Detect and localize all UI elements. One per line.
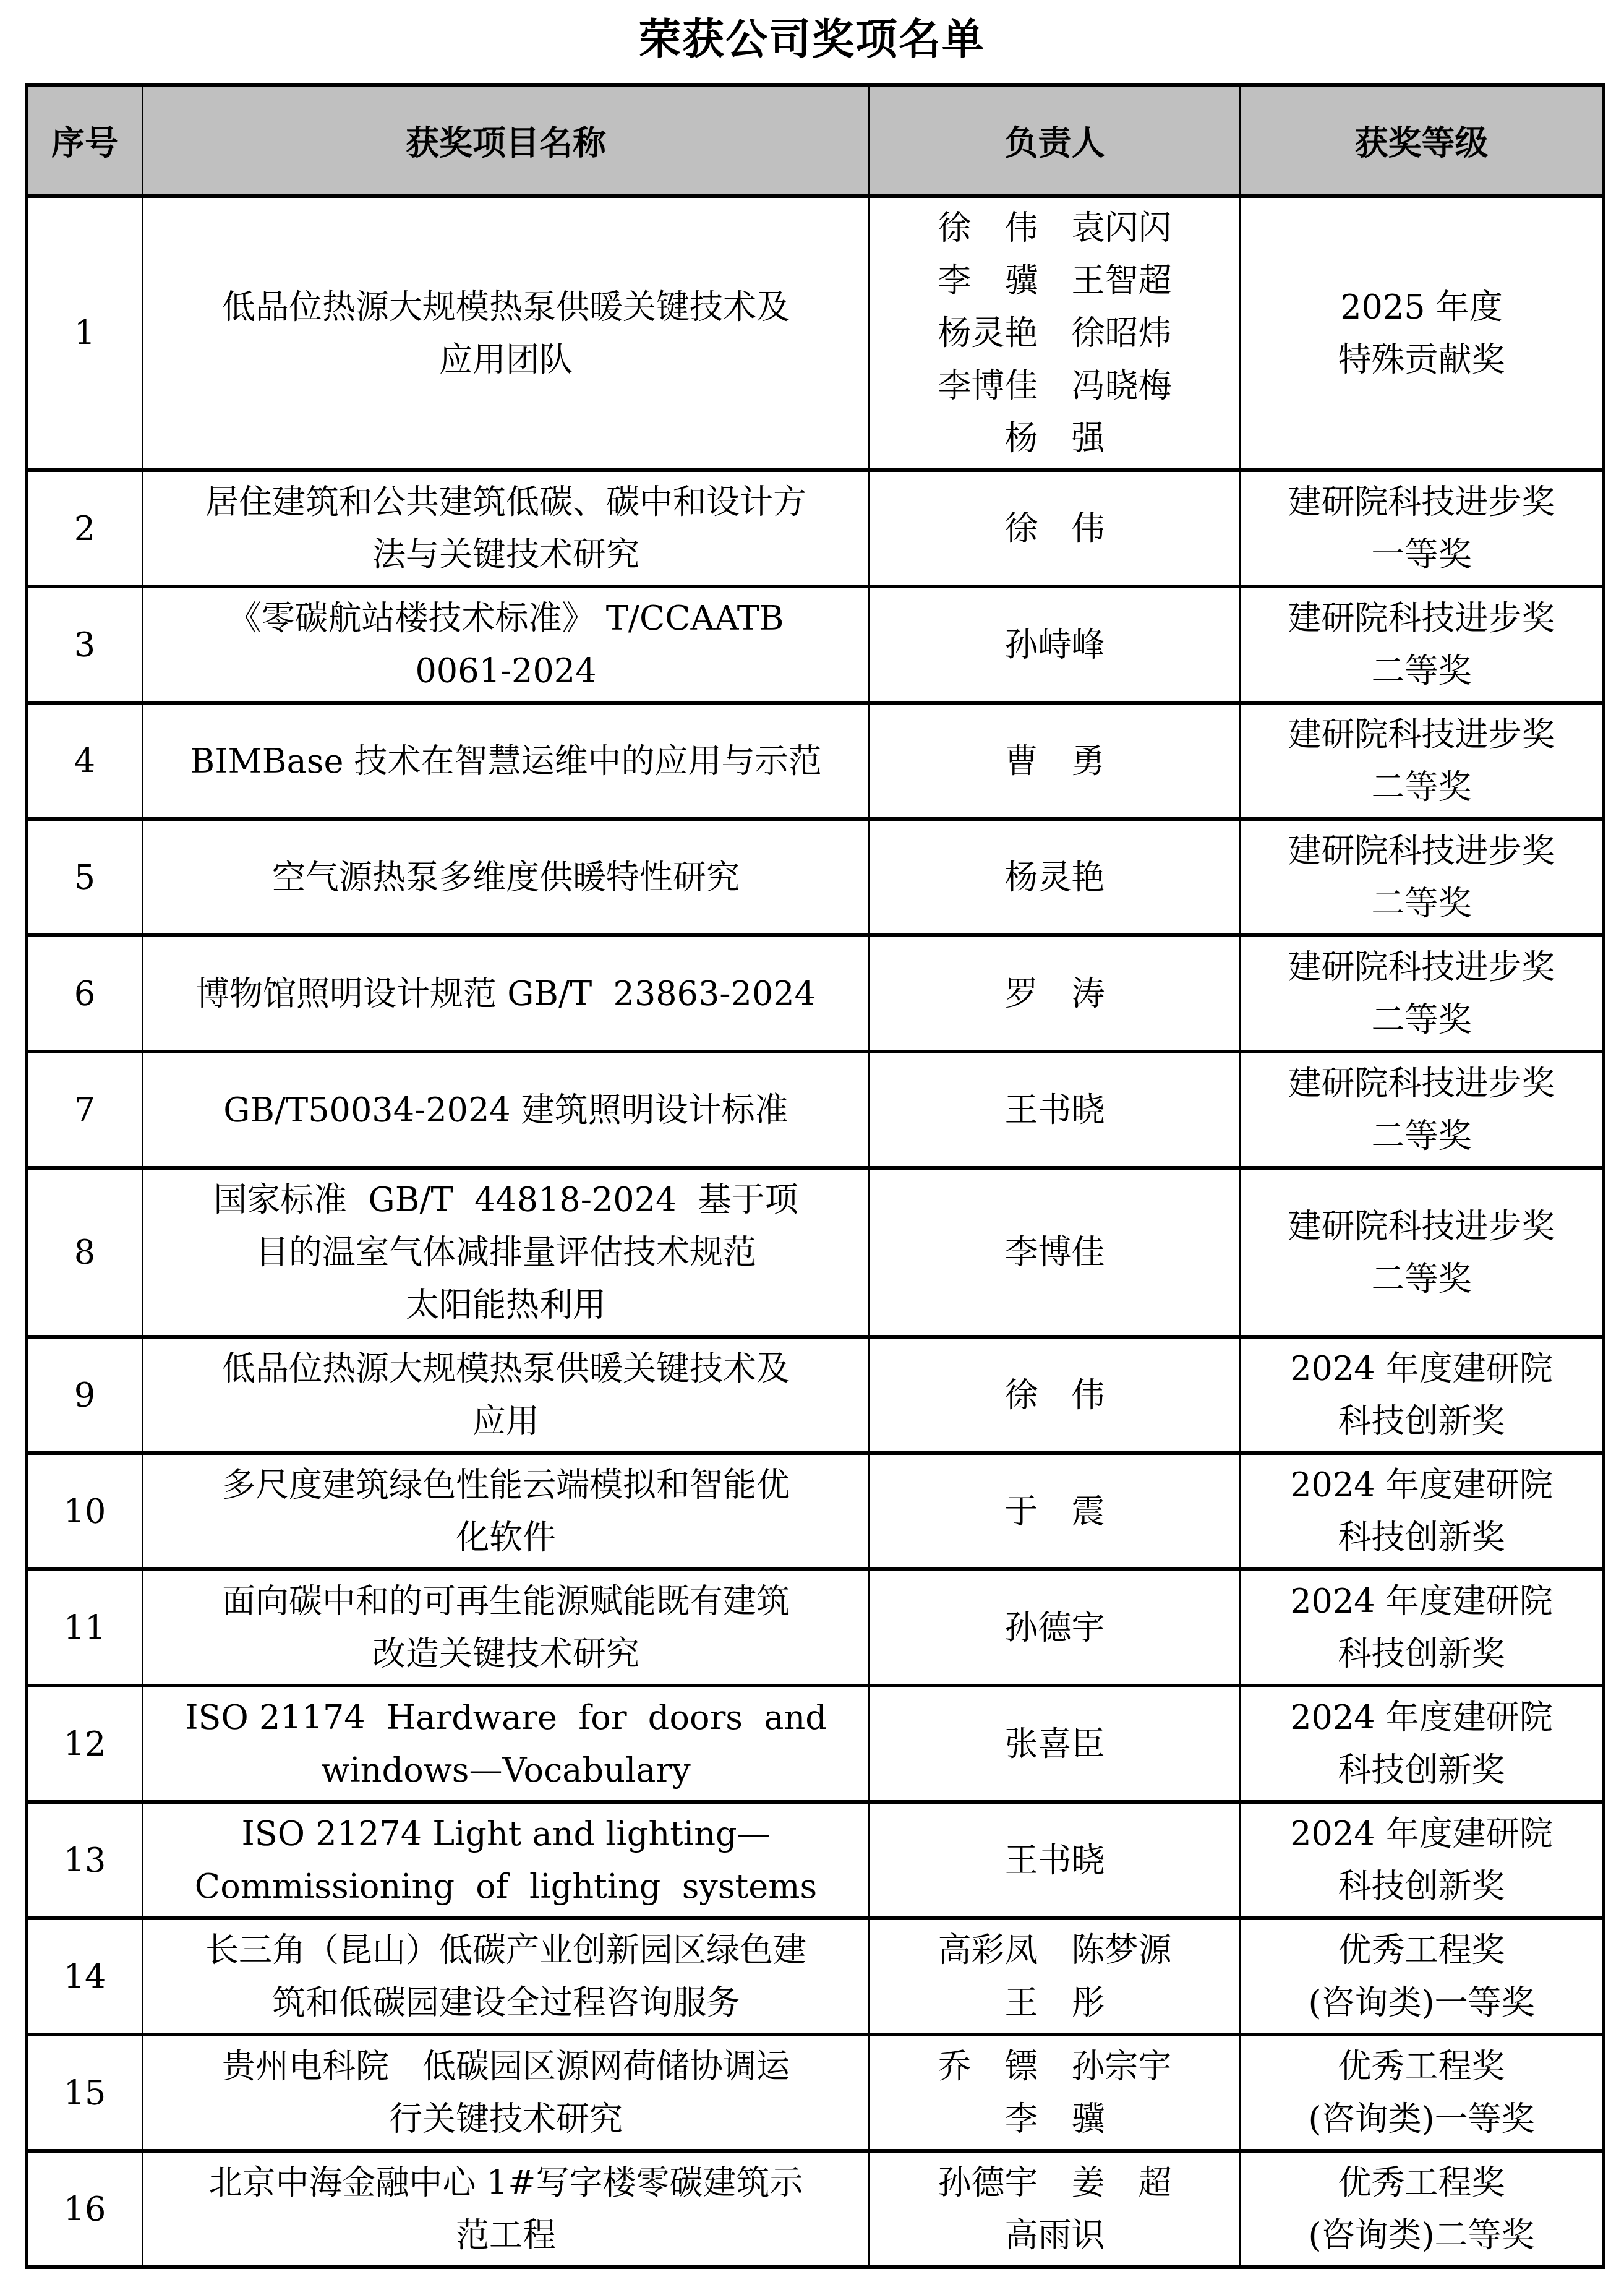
text-line: 高雨识 [876, 2209, 1233, 2262]
table-row: 2居住建筑和公共建筑低碳、碳中和设计方法与关键技术研究徐 伟建研院科技进步奖一等… [27, 470, 1604, 586]
project-name-cell: 面向碳中和的可再生能源赋能既有建筑改造关键技术研究 [143, 1569, 870, 1686]
text-line: 14 [34, 1950, 135, 2003]
text-line: 2024 年度建研院 [1247, 1342, 1596, 1395]
text-line: 建研院科技进步奖 [1247, 476, 1596, 528]
award-grade-cell: 建研院科技进步奖二等奖 [1241, 1168, 1604, 1337]
text-line: 二等奖 [1247, 761, 1596, 813]
award-grade-cell: 优秀工程奖(咨询类)二等奖 [1241, 2151, 1604, 2267]
text-line: GB/T50034-2024 建筑照明设计标准 [150, 1084, 862, 1136]
award-grade-cell: 2024 年度建研院科技创新奖 [1241, 1337, 1604, 1453]
project-name-cell: 贵州电科院 低碳园区源网荷储协调运行关键技术研究 [143, 2035, 870, 2151]
leader-cell: 高彩凤 陈梦源王 彤 [870, 1918, 1241, 2035]
text-line: 曹 勇 [876, 735, 1233, 787]
document-page: 荣获公司奖项名单 序号 获奖项目名称 负责人 获奖等级 1低品位热源大规模热泵供… [0, 0, 1624, 2290]
text-line: (咨询类)一等奖 [1247, 1976, 1596, 2029]
page-title: 荣获公司奖项名单 [0, 0, 1624, 83]
text-line: 应用 [150, 1395, 862, 1447]
award-grade-cell: 2024 年度建研院科技创新奖 [1241, 1686, 1604, 1802]
text-line: 行关键技术研究 [150, 2093, 862, 2145]
serial-number-cell: 6 [27, 935, 143, 1052]
text-line: 徐 伟 [876, 1369, 1233, 1422]
table-row: 16北京中海金融中心 1#写字楼零碳建筑示范工程孙德宇 姜 超高雨识优秀工程奖(… [27, 2151, 1604, 2267]
text-line: 多尺度建筑绿色性能云端模拟和智能优 [150, 1459, 862, 1511]
serial-number-cell: 13 [27, 1802, 143, 1918]
text-line: 优秀工程奖 [1247, 2156, 1596, 2209]
text-line: 优秀工程奖 [1247, 2040, 1596, 2093]
text-line: 1 [34, 307, 135, 359]
text-line: 面向碳中和的可再生能源赋能既有建筑 [150, 1575, 862, 1627]
table-row: 12ISO 21174 Hardware for doors andwindow… [27, 1686, 1604, 1802]
leader-cell: 张喜臣 [870, 1686, 1241, 1802]
text-line: 10 [34, 1485, 135, 1538]
serial-number-cell: 7 [27, 1052, 143, 1168]
header-leader: 负责人 [870, 85, 1241, 196]
text-line: ISO 21274 Light and lighting— [150, 1808, 862, 1860]
project-name-cell: GB/T50034-2024 建筑照明设计标准 [143, 1052, 870, 1168]
project-name-cell: 低品位热源大规模热泵供暖关键技术及应用团队 [143, 196, 870, 470]
table-row: 11面向碳中和的可再生能源赋能既有建筑改造关键技术研究孙德宇2024 年度建研院… [27, 1569, 1604, 1686]
award-grade-cell: 2024 年度建研院科技创新奖 [1241, 1802, 1604, 1918]
leader-cell: 王书晓 [870, 1052, 1241, 1168]
text-line: 建研院科技进步奖 [1247, 1057, 1596, 1110]
award-grade-cell: 优秀工程奖(咨询类)一等奖 [1241, 2035, 1604, 2151]
project-name-cell: 居住建筑和公共建筑低碳、碳中和设计方法与关键技术研究 [143, 470, 870, 586]
project-name-cell: ISO 21274 Light and lighting—Commissioni… [143, 1802, 870, 1918]
text-line: 徐 伟 袁闪闪 [876, 202, 1233, 254]
text-line: 特殊贡献奖 [1247, 333, 1596, 386]
award-grade-cell: 建研院科技进步奖二等奖 [1241, 703, 1604, 819]
project-name-cell: 多尺度建筑绿色性能云端模拟和智能优化软件 [143, 1453, 870, 1569]
text-line: 3 [34, 619, 135, 671]
table-row: 8国家标准 GB/T 44818-2024 基于项目的温室气体减排量评估技术规范… [27, 1168, 1604, 1337]
award-grade-cell: 优秀工程奖(咨询类)一等奖 [1241, 1918, 1604, 2035]
text-line: 13 [34, 1834, 135, 1887]
text-line: 王 彤 [876, 1976, 1233, 2029]
text-line: 科技创新奖 [1247, 1860, 1596, 1913]
leader-cell: 孙德宇 [870, 1569, 1241, 1686]
text-line: 9 [34, 1369, 135, 1422]
header-project-name: 获奖项目名称 [143, 85, 870, 196]
text-line: 建研院科技进步奖 [1247, 708, 1596, 761]
text-line: 《零碳航站楼技术标准》 T/CCAATB [150, 592, 862, 645]
table-row: 3《零碳航站楼技术标准》 T/CCAATB0061-2024孙峙峰建研院科技进步… [27, 586, 1604, 703]
leader-cell: 徐 伟 袁闪闪李 骥 王智超杨灵艳 徐昭炜李博佳 冯晓梅杨 强 [870, 196, 1241, 470]
text-line: 二等奖 [1247, 877, 1596, 930]
text-line: 孙德宇 [876, 1602, 1233, 1654]
project-name-cell: 国家标准 GB/T 44818-2024 基于项目的温室气体减排量评估技术规范太… [143, 1168, 870, 1337]
award-grade-cell: 建研院科技进步奖二等奖 [1241, 819, 1604, 935]
project-name-cell: 空气源热泵多维度供暖特性研究 [143, 819, 870, 935]
text-line: 建研院科技进步奖 [1247, 592, 1596, 645]
project-name-cell: 博物馆照明设计规范 GB/T 23863-2024 [143, 935, 870, 1052]
project-name-cell: 低品位热源大规模热泵供暖关键技术及应用 [143, 1337, 870, 1453]
text-line: BIMBase 技术在智慧运维中的应用与示范 [150, 735, 862, 787]
text-line: 李博佳 冯晓梅 [876, 359, 1233, 412]
text-line: 2024 年度建研院 [1247, 1575, 1596, 1627]
text-line: 科技创新奖 [1247, 1744, 1596, 1796]
text-line: 12 [34, 1718, 135, 1770]
text-line: 化软件 [150, 1511, 862, 1564]
text-line: 徐 伟 [876, 502, 1233, 555]
text-line: 李博佳 [876, 1226, 1233, 1279]
text-line: 优秀工程奖 [1247, 1924, 1596, 1976]
text-line: 2025 年度 [1247, 281, 1596, 333]
text-line: Commissioning of lighting systems [150, 1860, 862, 1913]
leader-cell: 乔 镖 孙宗宇李 骥 [870, 2035, 1241, 2151]
text-line: 应用团队 [150, 333, 862, 386]
text-line: 低品位热源大规模热泵供暖关键技术及 [150, 281, 862, 333]
table-row: 4BIMBase 技术在智慧运维中的应用与示范曹 勇建研院科技进步奖二等奖 [27, 703, 1604, 819]
table-row: 13ISO 21274 Light and lighting—Commissio… [27, 1802, 1604, 1918]
leader-cell: 徐 伟 [870, 1337, 1241, 1453]
text-line: 2024 年度建研院 [1247, 1459, 1596, 1511]
text-line: 高彩凤 陈梦源 [876, 1924, 1233, 1976]
text-line: 杨灵艳 徐昭炜 [876, 307, 1233, 359]
text-line: 7 [34, 1084, 135, 1136]
text-line: (咨询类)二等奖 [1247, 2209, 1596, 2262]
text-line: 国家标准 GB/T 44818-2024 基于项 [150, 1173, 862, 1226]
leader-cell: 徐 伟 [870, 470, 1241, 586]
award-grade-cell: 建研院科技进步奖二等奖 [1241, 935, 1604, 1052]
serial-number-cell: 14 [27, 1918, 143, 2035]
table-row: 6博物馆照明设计规范 GB/T 23863-2024罗 涛建研院科技进步奖二等奖 [27, 935, 1604, 1052]
text-line: 2 [34, 502, 135, 555]
text-line: 张喜臣 [876, 1718, 1233, 1770]
serial-number-cell: 9 [27, 1337, 143, 1453]
project-name-cell: ISO 21174 Hardware for doors andwindows—… [143, 1686, 870, 1802]
text-line: 筑和低碳园建设全过程咨询服务 [150, 1976, 862, 2029]
text-line: 改造关键技术研究 [150, 1627, 862, 1680]
award-grade-cell: 2024 年度建研院科技创新奖 [1241, 1453, 1604, 1569]
text-line: 4 [34, 735, 135, 787]
serial-number-cell: 4 [27, 703, 143, 819]
leader-cell: 杨灵艳 [870, 819, 1241, 935]
text-line: 2024 年度建研院 [1247, 1808, 1596, 1860]
text-line: 11 [34, 1602, 135, 1654]
serial-number-cell: 10 [27, 1453, 143, 1569]
serial-number-cell: 12 [27, 1686, 143, 1802]
text-line: 孙峙峰 [876, 619, 1233, 671]
text-line: 二等奖 [1247, 1110, 1596, 1162]
leader-cell: 罗 涛 [870, 935, 1241, 1052]
serial-number-cell: 2 [27, 470, 143, 586]
text-line: 二等奖 [1247, 993, 1596, 1046]
table-row: 1低品位热源大规模热泵供暖关键技术及应用团队徐 伟 袁闪闪李 骥 王智超杨灵艳 … [27, 196, 1604, 470]
header-row: 序号 获奖项目名称 负责人 获奖等级 [27, 85, 1604, 196]
serial-number-cell: 5 [27, 819, 143, 935]
table-row: 15贵州电科院 低碳园区源网荷储协调运行关键技术研究乔 镖 孙宗宇李 骥优秀工程… [27, 2035, 1604, 2151]
text-line: 8 [34, 1226, 135, 1279]
header-serial-number: 序号 [27, 85, 143, 196]
text-line: 法与关键技术研究 [150, 528, 862, 581]
leader-cell: 孙峙峰 [870, 586, 1241, 703]
text-line: 范工程 [150, 2209, 862, 2262]
text-line: 博物馆照明设计规范 GB/T 23863-2024 [150, 967, 862, 1020]
text-line: 太阳能热利用 [150, 1279, 862, 1331]
text-line: 二等奖 [1247, 1253, 1596, 1305]
text-line: 孙德宇 姜 超 [876, 2156, 1233, 2209]
leader-cell: 于 震 [870, 1453, 1241, 1569]
table-row: 5空气源热泵多维度供暖特性研究杨灵艳建研院科技进步奖二等奖 [27, 819, 1604, 935]
serial-number-cell: 8 [27, 1168, 143, 1337]
text-line: 乔 镖 孙宗宇 [876, 2040, 1233, 2093]
table-row: 9低品位热源大规模热泵供暖关键技术及应用徐 伟2024 年度建研院科技创新奖 [27, 1337, 1604, 1453]
text-line: 贵州电科院 低碳园区源网荷储协调运 [150, 2040, 862, 2093]
text-line: 科技创新奖 [1247, 1395, 1596, 1447]
text-line: 于 震 [876, 1485, 1233, 1538]
text-line: 建研院科技进步奖 [1247, 941, 1596, 993]
awards-table-header: 序号 获奖项目名称 负责人 获奖等级 [27, 85, 1604, 196]
award-grade-cell: 2024 年度建研院科技创新奖 [1241, 1569, 1604, 1686]
text-line: 一等奖 [1247, 528, 1596, 581]
leader-cell: 王书晓 [870, 1802, 1241, 1918]
project-name-cell: 长三角（昆山）低碳产业创新园区绿色建筑和低碳园建设全过程咨询服务 [143, 1918, 870, 2035]
project-name-cell: BIMBase 技术在智慧运维中的应用与示范 [143, 703, 870, 819]
serial-number-cell: 3 [27, 586, 143, 703]
text-line: 科技创新奖 [1247, 1511, 1596, 1564]
text-line: 李 骥 [876, 2093, 1233, 2145]
text-line: (咨询类)一等奖 [1247, 2093, 1596, 2145]
text-line: 低品位热源大规模热泵供暖关键技术及 [150, 1342, 862, 1395]
text-line: 6 [34, 967, 135, 1020]
text-line: 建研院科技进步奖 [1247, 825, 1596, 877]
project-name-cell: 北京中海金融中心 1#写字楼零碳建筑示范工程 [143, 2151, 870, 2267]
text-line: 空气源热泵多维度供暖特性研究 [150, 851, 862, 904]
text-line: 北京中海金融中心 1#写字楼零碳建筑示 [150, 2156, 862, 2209]
text-line: 5 [34, 851, 135, 904]
text-line: 目的温室气体减排量评估技术规范 [150, 1226, 862, 1279]
award-grade-cell: 建研院科技进步奖二等奖 [1241, 1052, 1604, 1168]
text-line: 王书晓 [876, 1834, 1233, 1887]
text-line: 0061-2024 [150, 645, 862, 697]
leader-cell: 孙德宇 姜 超高雨识 [870, 2151, 1241, 2267]
award-grade-cell: 2025 年度特殊贡献奖 [1241, 196, 1604, 470]
text-line: 16 [34, 2183, 135, 2236]
leader-cell: 曹 勇 [870, 703, 1241, 819]
text-line: ISO 21174 Hardware for doors and [150, 1691, 862, 1744]
leader-cell: 李博佳 [870, 1168, 1241, 1337]
awards-table-body: 1低品位热源大规模热泵供暖关键技术及应用团队徐 伟 袁闪闪李 骥 王智超杨灵艳 … [27, 196, 1604, 2267]
header-award-grade: 获奖等级 [1241, 85, 1604, 196]
table-row: 7GB/T50034-2024 建筑照明设计标准王书晓建研院科技进步奖二等奖 [27, 1052, 1604, 1168]
text-line: 李 骥 王智超 [876, 254, 1233, 307]
table-row: 14长三角（昆山）低碳产业创新园区绿色建筑和低碳园建设全过程咨询服务高彩凤 陈梦… [27, 1918, 1604, 2035]
project-name-cell: 《零碳航站楼技术标准》 T/CCAATB0061-2024 [143, 586, 870, 703]
text-line: 杨 强 [876, 412, 1233, 465]
text-line: 2024 年度建研院 [1247, 1691, 1596, 1744]
text-line: 15 [34, 2067, 135, 2119]
text-line: 杨灵艳 [876, 851, 1233, 904]
serial-number-cell: 16 [27, 2151, 143, 2267]
serial-number-cell: 1 [27, 196, 143, 470]
text-line: 二等奖 [1247, 645, 1596, 697]
text-line: 建研院科技进步奖 [1247, 1200, 1596, 1253]
serial-number-cell: 11 [27, 1569, 143, 1686]
serial-number-cell: 15 [27, 2035, 143, 2151]
table-row: 10多尺度建筑绿色性能云端模拟和智能优化软件于 震2024 年度建研院科技创新奖 [27, 1453, 1604, 1569]
text-line: 居住建筑和公共建筑低碳、碳中和设计方 [150, 476, 862, 528]
awards-table: 序号 获奖项目名称 负责人 获奖等级 1低品位热源大规模热泵供暖关键技术及应用团… [25, 83, 1605, 2269]
text-line: 长三角（昆山）低碳产业创新园区绿色建 [150, 1924, 862, 1976]
text-line: 王书晓 [876, 1084, 1233, 1136]
text-line: windows—Vocabulary [150, 1744, 862, 1796]
text-line: 罗 涛 [876, 967, 1233, 1020]
award-grade-cell: 建研院科技进步奖二等奖 [1241, 586, 1604, 703]
text-line: 科技创新奖 [1247, 1627, 1596, 1680]
award-grade-cell: 建研院科技进步奖一等奖 [1241, 470, 1604, 586]
